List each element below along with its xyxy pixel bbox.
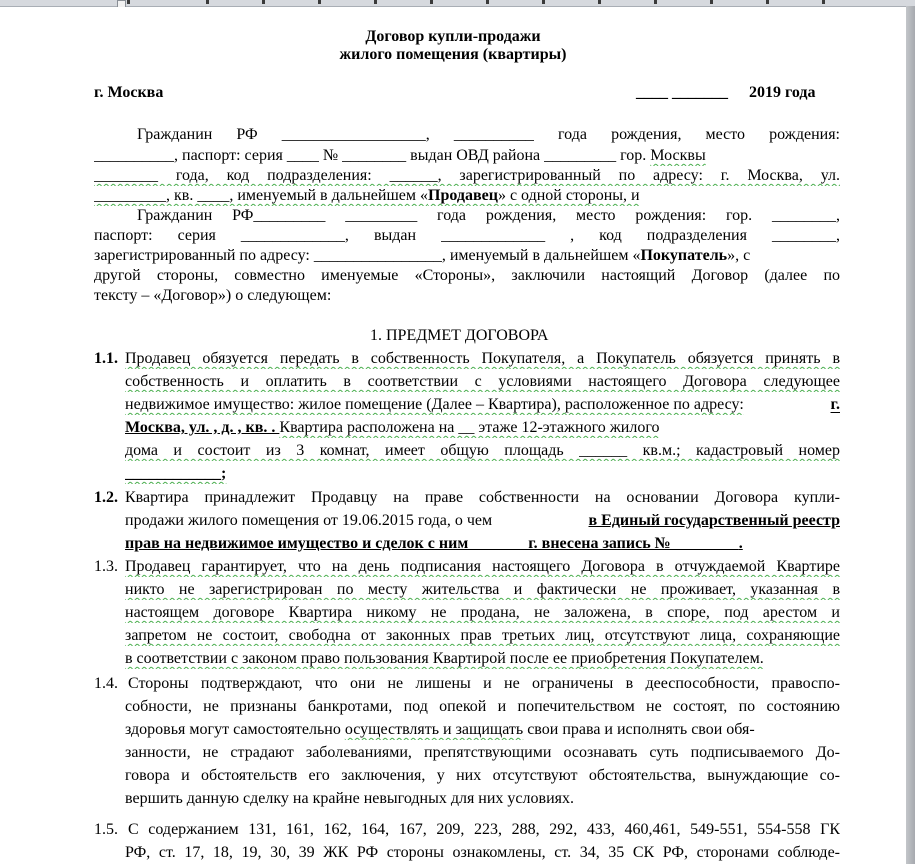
seller-line-3: ________ года, код подразделения: ______… (94, 165, 840, 186)
page-edge (906, 6, 915, 864)
item-1-3-line-1: Продавец гарантирует, что на день подпис… (125, 556, 840, 577)
item-1-3-line-3: настоящем договоре Квартира никому не пр… (125, 602, 840, 623)
item-1-2-line-1: Квартира принадлежит Продавцу на праве с… (125, 487, 840, 508)
item-1-4-line-1: Стороны подтверждают, что они не лишены … (128, 673, 840, 694)
item-1-4-line-6: вершить данную сделку на крайне невыгодн… (125, 788, 840, 809)
item-1-1-line-3: недвижимое имущество: жилое помещение (Д… (125, 394, 840, 415)
year: 2019 года (749, 82, 816, 103)
item-num-1-5: 1.5. (94, 819, 118, 840)
buyer-line-5: тексту – «Договор») о следующем: (94, 285, 840, 306)
item-1-2-line-2: продажи жилого помещения от 19.06.2015 г… (125, 510, 840, 531)
seller-line-1: Гражданин РФ __________________, _______… (137, 124, 840, 145)
item-1-3-line-4: запретом не состоит, свободна от законны… (125, 625, 840, 646)
seller-line-2: __________, паспорт: серия ____ № ______… (94, 145, 840, 166)
registry-record-field: прав на недвижимое имущество и сделок с … (125, 533, 840, 554)
doc-title-line2: жилого помещения (квартиры) (0, 44, 906, 65)
item-1-4-line-3: здоровья могут самостоятельно осуществля… (125, 719, 840, 740)
item-1-1-line-2: собственность и оплатить в соответствии … (125, 371, 840, 392)
buyer-line-2: паспорт: серия _____________, выдан ____… (94, 225, 840, 246)
registry-text: в Единый государственный реестр (589, 510, 841, 531)
buyer-role: Покупатель (640, 247, 727, 264)
buyer-line-3: зарегистрированный по адресу: __________… (94, 245, 840, 266)
item-1-5-line-1: С содержанием 131, 161, 162, 164, 167, 2… (128, 819, 840, 840)
horizontal-ruler[interactable] (0, 0, 915, 7)
cadastral-number-field: ____________; (125, 463, 840, 484)
item-1-4-line-4: занности, не страдают заболеваниями, пре… (125, 742, 840, 763)
seller-line-4: _________, кв. ____, именуемый в дальней… (94, 185, 840, 206)
item-1-4-line-2: собности, не признаны банкротами, под оп… (125, 696, 840, 717)
buyer-line-4: другой стороны, совместно именуемые «Сто… (94, 265, 840, 286)
buyer-line-1: Гражданин РФ_________ _________ года рож… (137, 205, 840, 226)
city: г. Москва (94, 82, 163, 103)
document-page: Договор купли-продажи жилого помещения (… (0, 7, 906, 864)
item-1-3-line-5: в соответствии с законом право пользован… (125, 648, 840, 669)
item-1-5-line-2: РФ, ст. 17, 18, 19, 30, 39 ЖК РФ стороны… (125, 842, 840, 863)
item-num-1-1: 1.1. (94, 348, 118, 369)
item-num-1-2: 1.2. (94, 487, 118, 508)
item-1-1-line-1: Продавец обязуется передать в собственно… (125, 348, 840, 369)
item-num-1-4: 1.4. (94, 673, 118, 694)
section-heading: 1. ПРЕДМЕТ ДОГОВОРА (370, 325, 548, 346)
seller-role: Продавец (428, 187, 498, 204)
item-num-1-3: 1.3. (94, 556, 118, 577)
item-1-3-line-2: никто не зарегистрирован по месту житель… (125, 579, 840, 600)
item-1-1-line-4: Москва, ул. , д. , кв. . Квартира распол… (125, 417, 840, 438)
address-field: Москва, ул. , д. , кв. . (125, 419, 279, 436)
item-1-1-line-5: дома и состоит из 3 комнат, имеет общую … (125, 440, 840, 461)
date-blanks: ____ _______ (636, 82, 728, 103)
seller-city: Москвы (650, 147, 705, 164)
item-1-4-line-5: говора и обстоятельств его заключения, у… (125, 765, 840, 786)
